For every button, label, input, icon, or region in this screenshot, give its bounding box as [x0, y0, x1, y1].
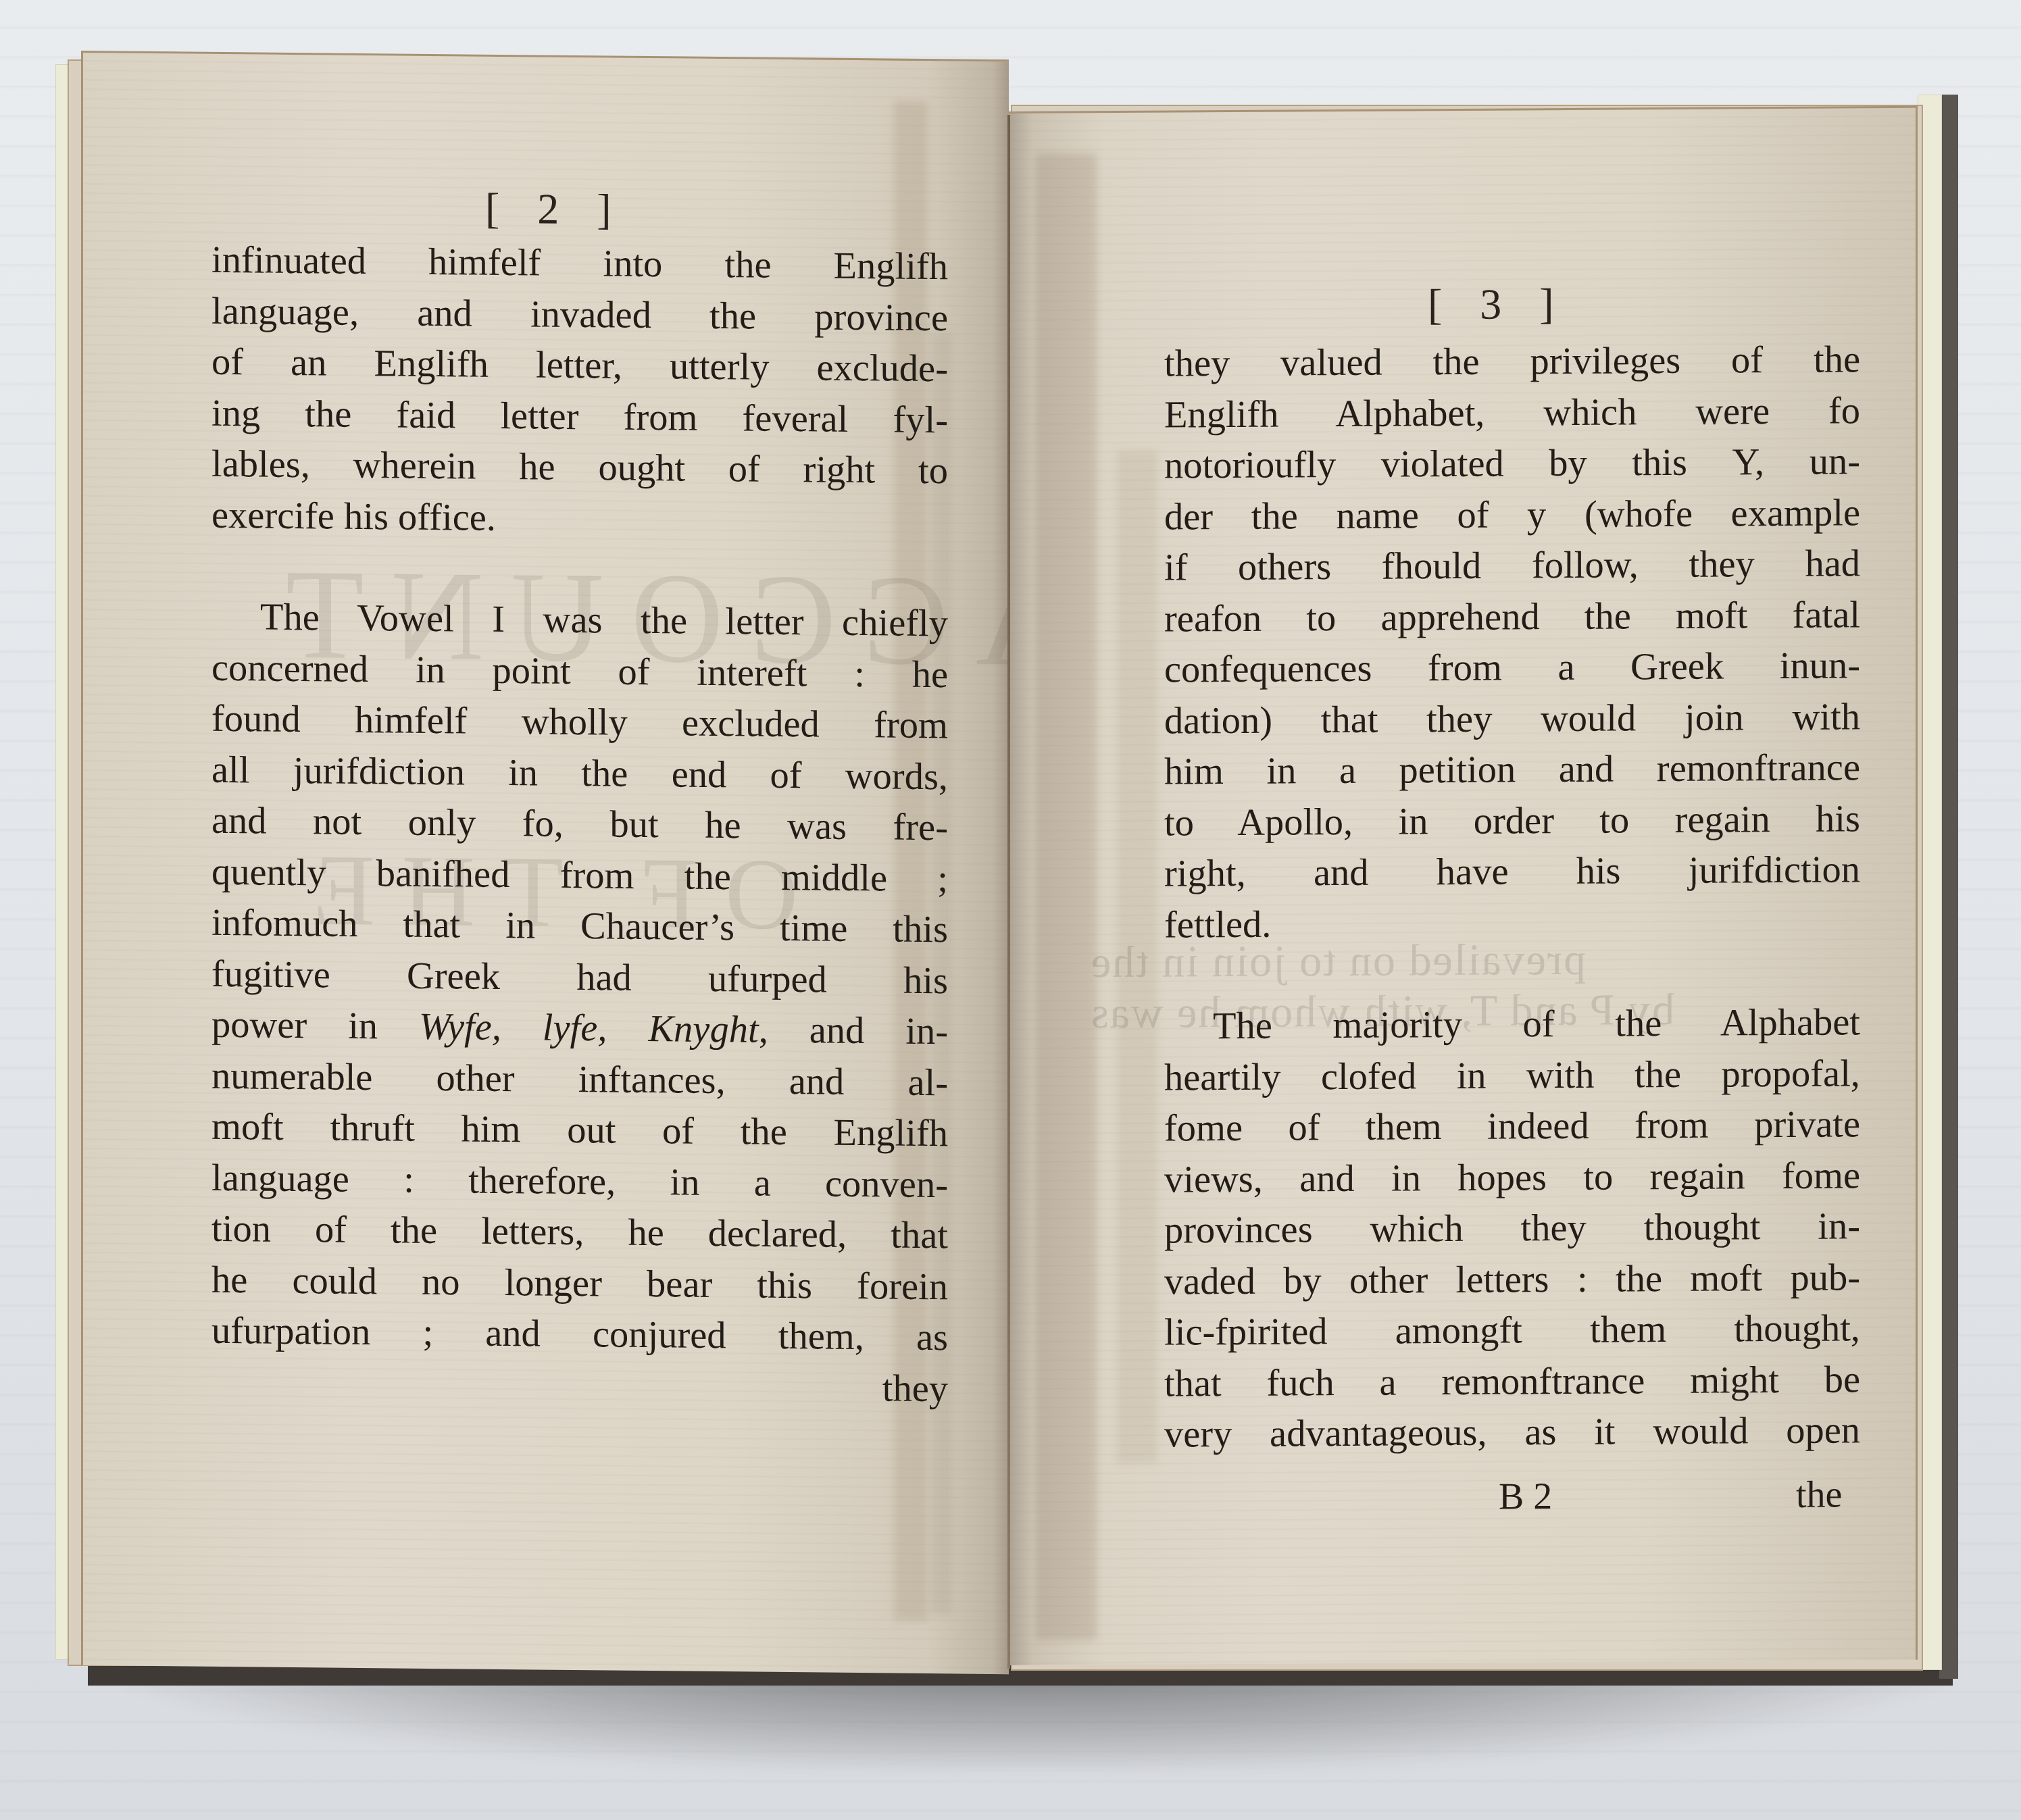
text-line: ufurpation ; and conjured them, as [211, 1306, 948, 1364]
text-line: heartily clofed in with the propofal, [1164, 1048, 1860, 1104]
text-line: The majority of the Alphabet [1164, 997, 1860, 1053]
text-line: notorioufly violated by this Υ, un- [1164, 436, 1860, 492]
text-line: vaded by other letters : the moft pub- [1164, 1253, 1860, 1308]
text-line: found himfelf wholly excluded from [211, 694, 948, 752]
page-number: [ 2 ] [485, 184, 625, 235]
text-line: tion of the letters, he declared, that [211, 1204, 948, 1262]
text-line: if others fhould follow, they had [1164, 538, 1860, 594]
text-line: fome of them indeed from private [1164, 1099, 1860, 1155]
right-page: prevailed on to join in the by P and T, … [1009, 106, 1918, 1665]
text-line: confequences from a Greek inun- [1164, 640, 1860, 696]
text-line: views, and in hopes to regain fome [1164, 1151, 1860, 1206]
text-line: and not only fo, but he was fre- [211, 796, 948, 854]
book-spine-gutter [1007, 115, 1010, 1669]
text-line: The Vowel I was the letter chiefly [211, 592, 948, 650]
text-line: language, and invaded the province [211, 286, 948, 344]
text-line: Englifh Alphabet, which were fo [1164, 386, 1860, 441]
text-line: infomuch that in Chaucer’s time this [211, 898, 948, 956]
text-line: that fuch a remonftrance might be [1164, 1355, 1860, 1410]
text-line: they valued the privileges of the [1164, 334, 1860, 390]
page-number: [ 3 ] [1428, 279, 1568, 330]
text-line: him in a petition and remonftrance [1164, 742, 1860, 798]
text-line: language : therefore, in a conven- [211, 1153, 948, 1211]
text-line: lic-fpirited amongft them thought, [1164, 1303, 1860, 1359]
catchword: they [211, 1357, 948, 1415]
text-line: fugitive Greek had ufurped his [211, 949, 948, 1007]
text-line: concerned in point of intereft : he [211, 642, 948, 701]
text-line: of an Englifh letter, utterly exclude- [211, 337, 948, 395]
text-line: to Apollo, in order to regain his [1164, 794, 1860, 849]
left-page-text: infinuated himfelf into the Englifh lang… [211, 235, 948, 1415]
book-cover-edge-right [1939, 95, 1958, 1679]
text-line: ing the faid letter from feveral fyl- [211, 388, 948, 446]
text-line: all jurifdiction in the end of words, [211, 744, 948, 803]
left-page: ACCOUNT OF THE [ 2 ] infinuated himfelf … [81, 51, 1009, 1674]
catchword: the [1796, 1473, 1842, 1516]
text-line: der the name of y (whofe example [1164, 488, 1860, 543]
text-line: he could no longer bear this forein [211, 1255, 948, 1313]
text-line: reafon to apprehend the moft fatal [1164, 590, 1860, 645]
text-line-with-italics: power in Wyfe, lyfe, Knyght, and in- [211, 1000, 948, 1058]
text-line: moft thruft him out of the Englifh [211, 1102, 948, 1160]
text-line: fettled. [1164, 896, 1860, 951]
signature-mark: B 2 [1499, 1475, 1552, 1518]
text-line: provinces which they thought in- [1164, 1201, 1860, 1257]
text-line: dation) that they would join with [1164, 692, 1860, 747]
right-page-text: they valued the privileges of the Englif… [1164, 334, 1860, 1461]
text-line: lables, wherein he ought of right to [211, 439, 948, 497]
foxing-stain [1036, 153, 1097, 1640]
italic-examples: Wyfe, lyfe, Knyght [419, 1006, 759, 1051]
text-line: infinuated himfelf into the Englifh [211, 235, 948, 293]
text-line: quently banifhed from the middle ; [211, 846, 948, 905]
text-line: right, and have his jurifdiction [1164, 844, 1860, 900]
text-line: numerable other inftances, and al- [211, 1051, 948, 1109]
text-line: very advantageous, as it would open [1164, 1405, 1860, 1461]
text-line: exercife his office. [211, 490, 948, 548]
